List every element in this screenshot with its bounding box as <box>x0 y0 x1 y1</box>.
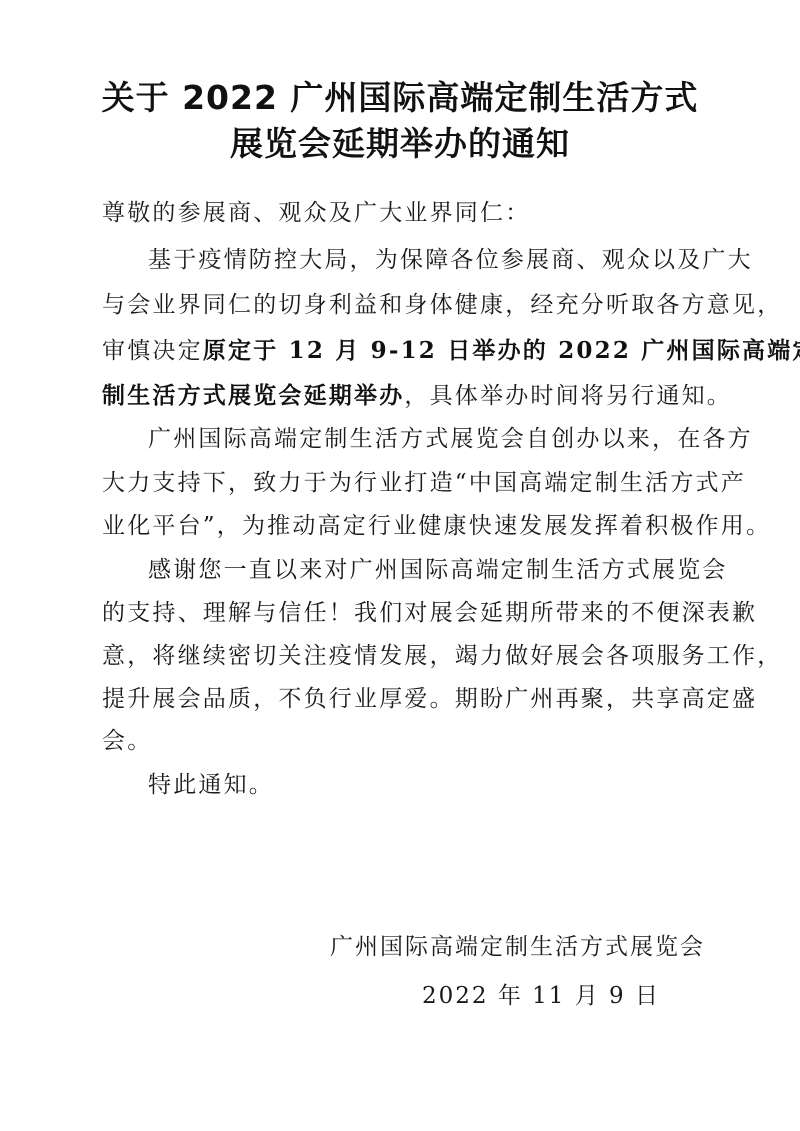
paragraph-2-line-1: 广州国际高端定制生活方式展览会自创办以来，在各方 <box>148 424 753 454</box>
paragraph-3-line-3: 意，将继续密切关注疫情发展，竭力做好展会各项服务工作， <box>102 641 782 671</box>
signature: 广州国际高端定制生活方式展览会 <box>330 928 705 961</box>
closing-line: 特此通知。 <box>148 770 274 800</box>
paragraph-3-line-1: 感谢您一直以来对广州国际高端定制生活方式展览会 <box>148 555 728 585</box>
document-title-line-2: 展览会延期举办的通知 <box>0 118 800 165</box>
document-title-line-1: 关于 2022 广州国际高端定制生活方式 <box>0 72 800 119</box>
paragraph-1-line-4-normal: ，具体举办时间将另行通知。 <box>404 383 732 409</box>
paragraph-2-line-3: 业化平台”，为推动高定行业健康快速发展发挥着积极作用。 <box>102 511 771 541</box>
paragraph-1-line-3-bold: 原定于 12 月 9-12 日举办的 2022 广州国际高端定 <box>203 337 800 364</box>
paragraph-2-line-2: 大力支持下，致力于为行业打造“中国高端定制生活方式产 <box>102 468 746 498</box>
date: 2022 年 11 月 9 日 <box>422 977 660 1010</box>
salutation: 尊敬的参展商、观众及广大业界同仁： <box>102 198 530 228</box>
paragraph-1-line-4: 制生活方式展览会延期举办，具体举办时间将另行通知。 <box>102 381 732 411</box>
paragraph-3-line-4: 提升展会品质，不负行业厚爱。期盼广州再聚，共享高定盛 <box>102 684 757 714</box>
paragraph-1-line-3-normal: 审慎决定 <box>102 338 203 364</box>
paragraph-1-line-1: 基于疫情防控大局，为保障各位参展商、观众以及广大 <box>148 245 753 275</box>
paragraph-3-line-2: 的支持、理解与信任！我们对展会延期所带来的不便深表歉 <box>102 598 757 628</box>
paragraph-1-line-4-bold: 制生活方式展览会延期举办 <box>102 382 404 409</box>
paragraph-3-line-5: 会。 <box>102 726 152 756</box>
paragraph-1-line-3: 审慎决定原定于 12 月 9-12 日举办的 2022 广州国际高端定 <box>102 336 800 366</box>
paragraph-1-line-2: 与会业界同仁的切身利益和身体健康，经充分听取各方意见， <box>102 290 782 320</box>
